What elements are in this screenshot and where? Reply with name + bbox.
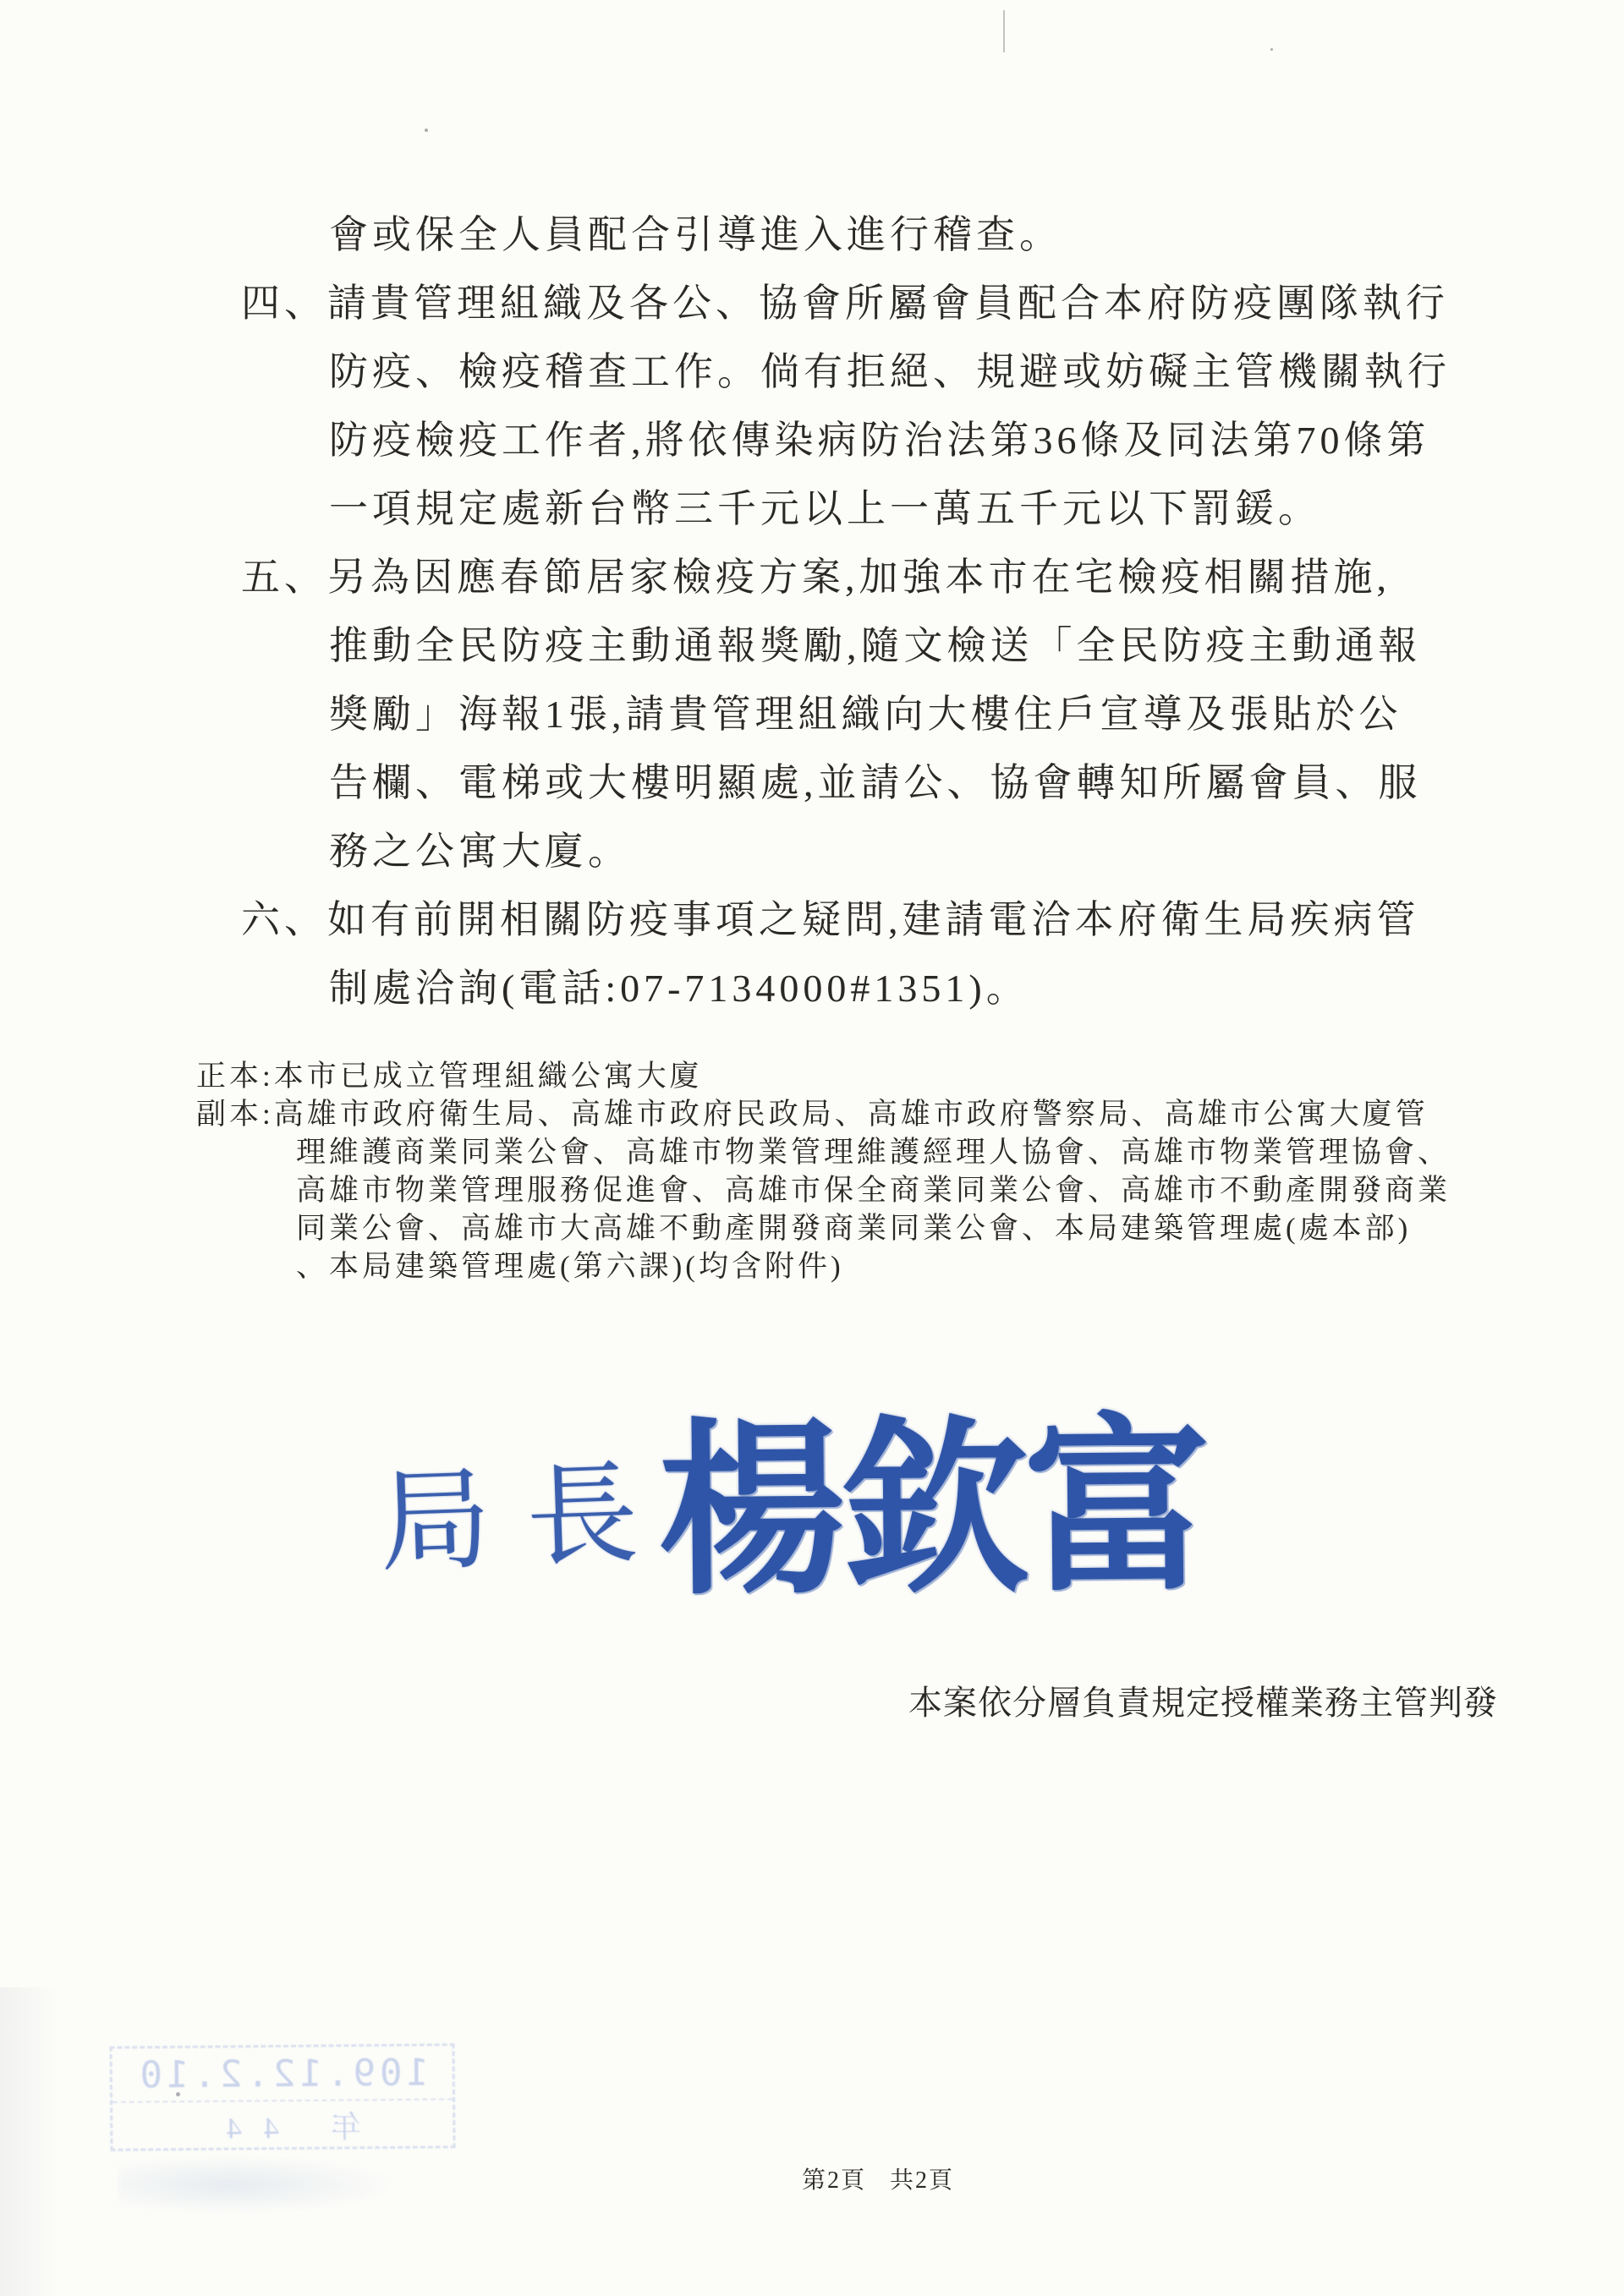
scan-speck — [1270, 48, 1273, 51]
original-label: 正本: — [196, 1060, 274, 1093]
body-line-item-4: 四、請貴管理組織及各公、協會所屬會員配合本府防疫團隊執行 — [329, 278, 1451, 347]
body-line: 制處洽詢(電話:07-7134000#1351)。 — [329, 963, 1451, 1032]
copy-label: 副本: — [196, 1098, 274, 1131]
item-6-text: 如有前開相關防疫事項之疑問,建請電洽本府衛生局疾病管 — [327, 898, 1420, 941]
bleed-stamp-number: 年 44 — [112, 2100, 453, 2151]
body-line: 獎勵」海報1張,請貴管理組織向大樓住戶宣導及張貼於公 — [329, 689, 1451, 758]
copy-recipient-line: 高雄市物業管理服務促進會、高雄市保全商業同業公會、高雄市不動產開發商業 — [196, 1173, 1451, 1211]
signature-name: 楊欽富 — [657, 1356, 1208, 1630]
copy-recipient-line: 同業公會、高雄市大高雄不動產開發商業同業公會、本局建築管理處(處本部) — [196, 1211, 1451, 1249]
distribution-block: 正本:本市已成立管理組織公寓大廈 副本:高雄市政府衛生局、高雄市政府民政局、高雄… — [196, 1059, 1451, 1287]
scanned-official-letter-page: 會或保全人員配合引導進入進行稽查。 四、請貴管理組織及各公、協會所屬會員配合本府… — [0, 0, 1624, 2296]
letter-body: 會或保全人員配合引導進入進行稽查。 四、請貴管理組織及各公、協會所屬會員配合本府… — [329, 210, 1451, 1032]
body-line: 防疫、檢疫稽查工作。倘有拒絕、規避或妨礙主管機關執行 — [329, 347, 1451, 415]
signature-title: 局長 — [376, 1422, 676, 1593]
original-recipient-line: 正本:本市已成立管理組織公寓大廈 — [196, 1059, 1451, 1097]
page-number: 第2頁 — [802, 2162, 866, 2195]
body-line: 防疫檢疫工作者,將依傳染病防治法第36條及同法第70條第 — [329, 415, 1451, 484]
body-line: 告欄、電梯或大樓明顯處,並請公、協會轉知所屬會員、服 — [329, 758, 1451, 826]
page-total: 共2頁 — [890, 2162, 954, 2195]
item-5-marker: 五、 — [241, 556, 327, 599]
body-line: 務之公寓大廈。 — [329, 826, 1451, 895]
body-line: 會或保全人員配合引導進入進行稽查。 — [329, 210, 1451, 278]
scan-speck — [425, 129, 428, 132]
bleed-through-date-stamp: 109.12.2.10 年 44 — [109, 2043, 455, 2151]
body-line-item-6: 六、如有前開相關防疫事項之疑問,建請電洽本府衛生局疾病管 — [329, 895, 1451, 963]
copy-recipient-line: 、本局建築管理處(第六課)(均含附件) — [196, 1249, 1451, 1287]
scan-edge-shadow — [0, 1987, 59, 2296]
item-5-text: 另為因應春節居家檢疫方案,加強本市在宅檢疫相關措施, — [327, 556, 1391, 599]
scan-smudge — [118, 2155, 398, 2214]
copy-recipient-line: 副本:高雄市政府衛生局、高雄市政府民政局、高雄市政府警察局、高雄市公寓大廈管 — [196, 1097, 1451, 1135]
copy-recipient-line: 理維護商業同業公會、高雄市物業管理維護經理人協會、高雄市物業管理協會、 — [196, 1135, 1451, 1173]
item-4-marker: 四、 — [241, 282, 327, 325]
copy-value: 高雄市政府衛生局、高雄市政府民政局、高雄市政府警察局、高雄市公寓大廈管 — [274, 1098, 1429, 1131]
body-line: 推動全民防疫主動通報獎勵,隨文檢送「全民防疫主動通報 — [329, 621, 1451, 689]
authorization-note: 本案依分層負責規定授權業務主管判發 — [908, 1676, 1498, 1724]
bleed-stamp-date: 109.12.2.10 — [112, 2046, 453, 2103]
item-6-marker: 六、 — [241, 898, 327, 941]
body-line-item-5: 五、另為因應春節居家檢疫方案,加強本市在宅檢疫相關措施, — [329, 552, 1451, 621]
item-4-text: 請貴管理組織及各公、協會所屬會員配合本府防疫團隊執行 — [327, 282, 1449, 325]
body-line: 一項規定處新台幣三千元以上一萬五千元以下罰鍰。 — [329, 484, 1451, 552]
scan-scratch — [1003, 10, 1005, 52]
page-footer: 第2頁 共2頁 — [802, 2162, 954, 2195]
original-value: 本市已成立管理組織公寓大廈 — [274, 1060, 703, 1093]
